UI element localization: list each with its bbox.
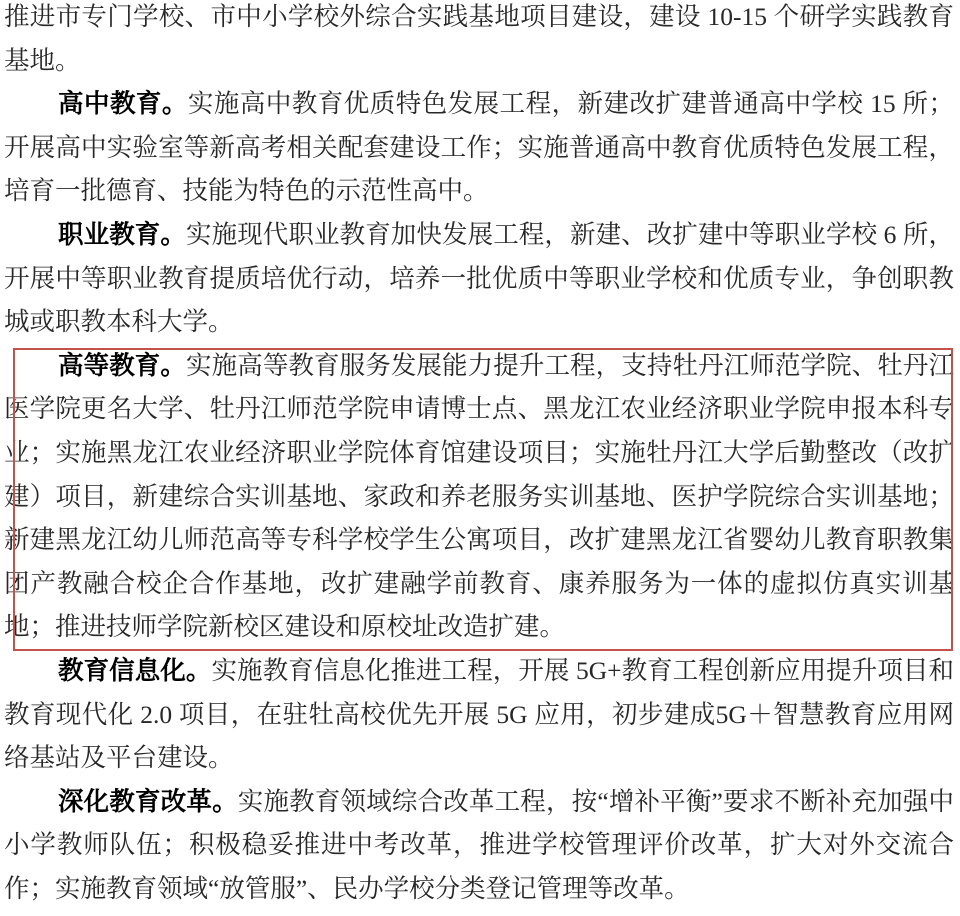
paragraph-continuation: 推进市专门学校、市中小学校外综合实践基地项目建设，建设 10-15 个研学实践教… — [4, 0, 954, 82]
paragraph-lead: 职业教育。 — [58, 220, 186, 249]
paragraph-text: 推进市专门学校、市中小学校外综合实践基地项目建设，建设 10-15 个研学实践教… — [4, 2, 954, 75]
highlighted-section: 高等教育。实施高等教育服务发展能力提升工程，支持牡丹江师范学院、牡丹江医学院更名… — [4, 344, 954, 649]
paragraph-higher-education: 高等教育。实施高等教育服务发展能力提升工程，支持牡丹江师范学院、牡丹江医学院更名… — [4, 344, 954, 649]
paragraph-lead: 高中教育。 — [58, 89, 188, 118]
paragraph-high-school-education: 高中教育。实施高中教育优质特色发展工程，新建改扩建普通高中学校 15 所；开展高… — [4, 82, 954, 213]
paragraph-text: 实施高等教育服务发展能力提升工程，支持牡丹江师范学院、牡丹江医学院更名大学、牡丹… — [4, 351, 954, 642]
paragraph-lead: 教育信息化。 — [58, 656, 211, 685]
document-page: 推进市专门学校、市中小学校外综合实践基地项目建设，建设 10-15 个研学实践教… — [0, 0, 960, 911]
paragraph-education-informatization: 教育信息化。实施教育信息化推进工程，开展 5G+教育工程创新应用提升项目和教育现… — [4, 649, 954, 780]
paragraph-education-reform: 深化教育改革。实施教育领域综合改革工程，按“增补平衡”要求不断补充加强中小学教师… — [4, 780, 954, 911]
paragraph-lead: 深化教育改革。 — [58, 787, 238, 816]
paragraph-lead: 高等教育。 — [58, 351, 186, 380]
paragraph-vocational-education: 职业教育。实施现代职业教育加快发展工程，新建、改扩建中等职业学校 6 所，开展中… — [4, 213, 954, 344]
